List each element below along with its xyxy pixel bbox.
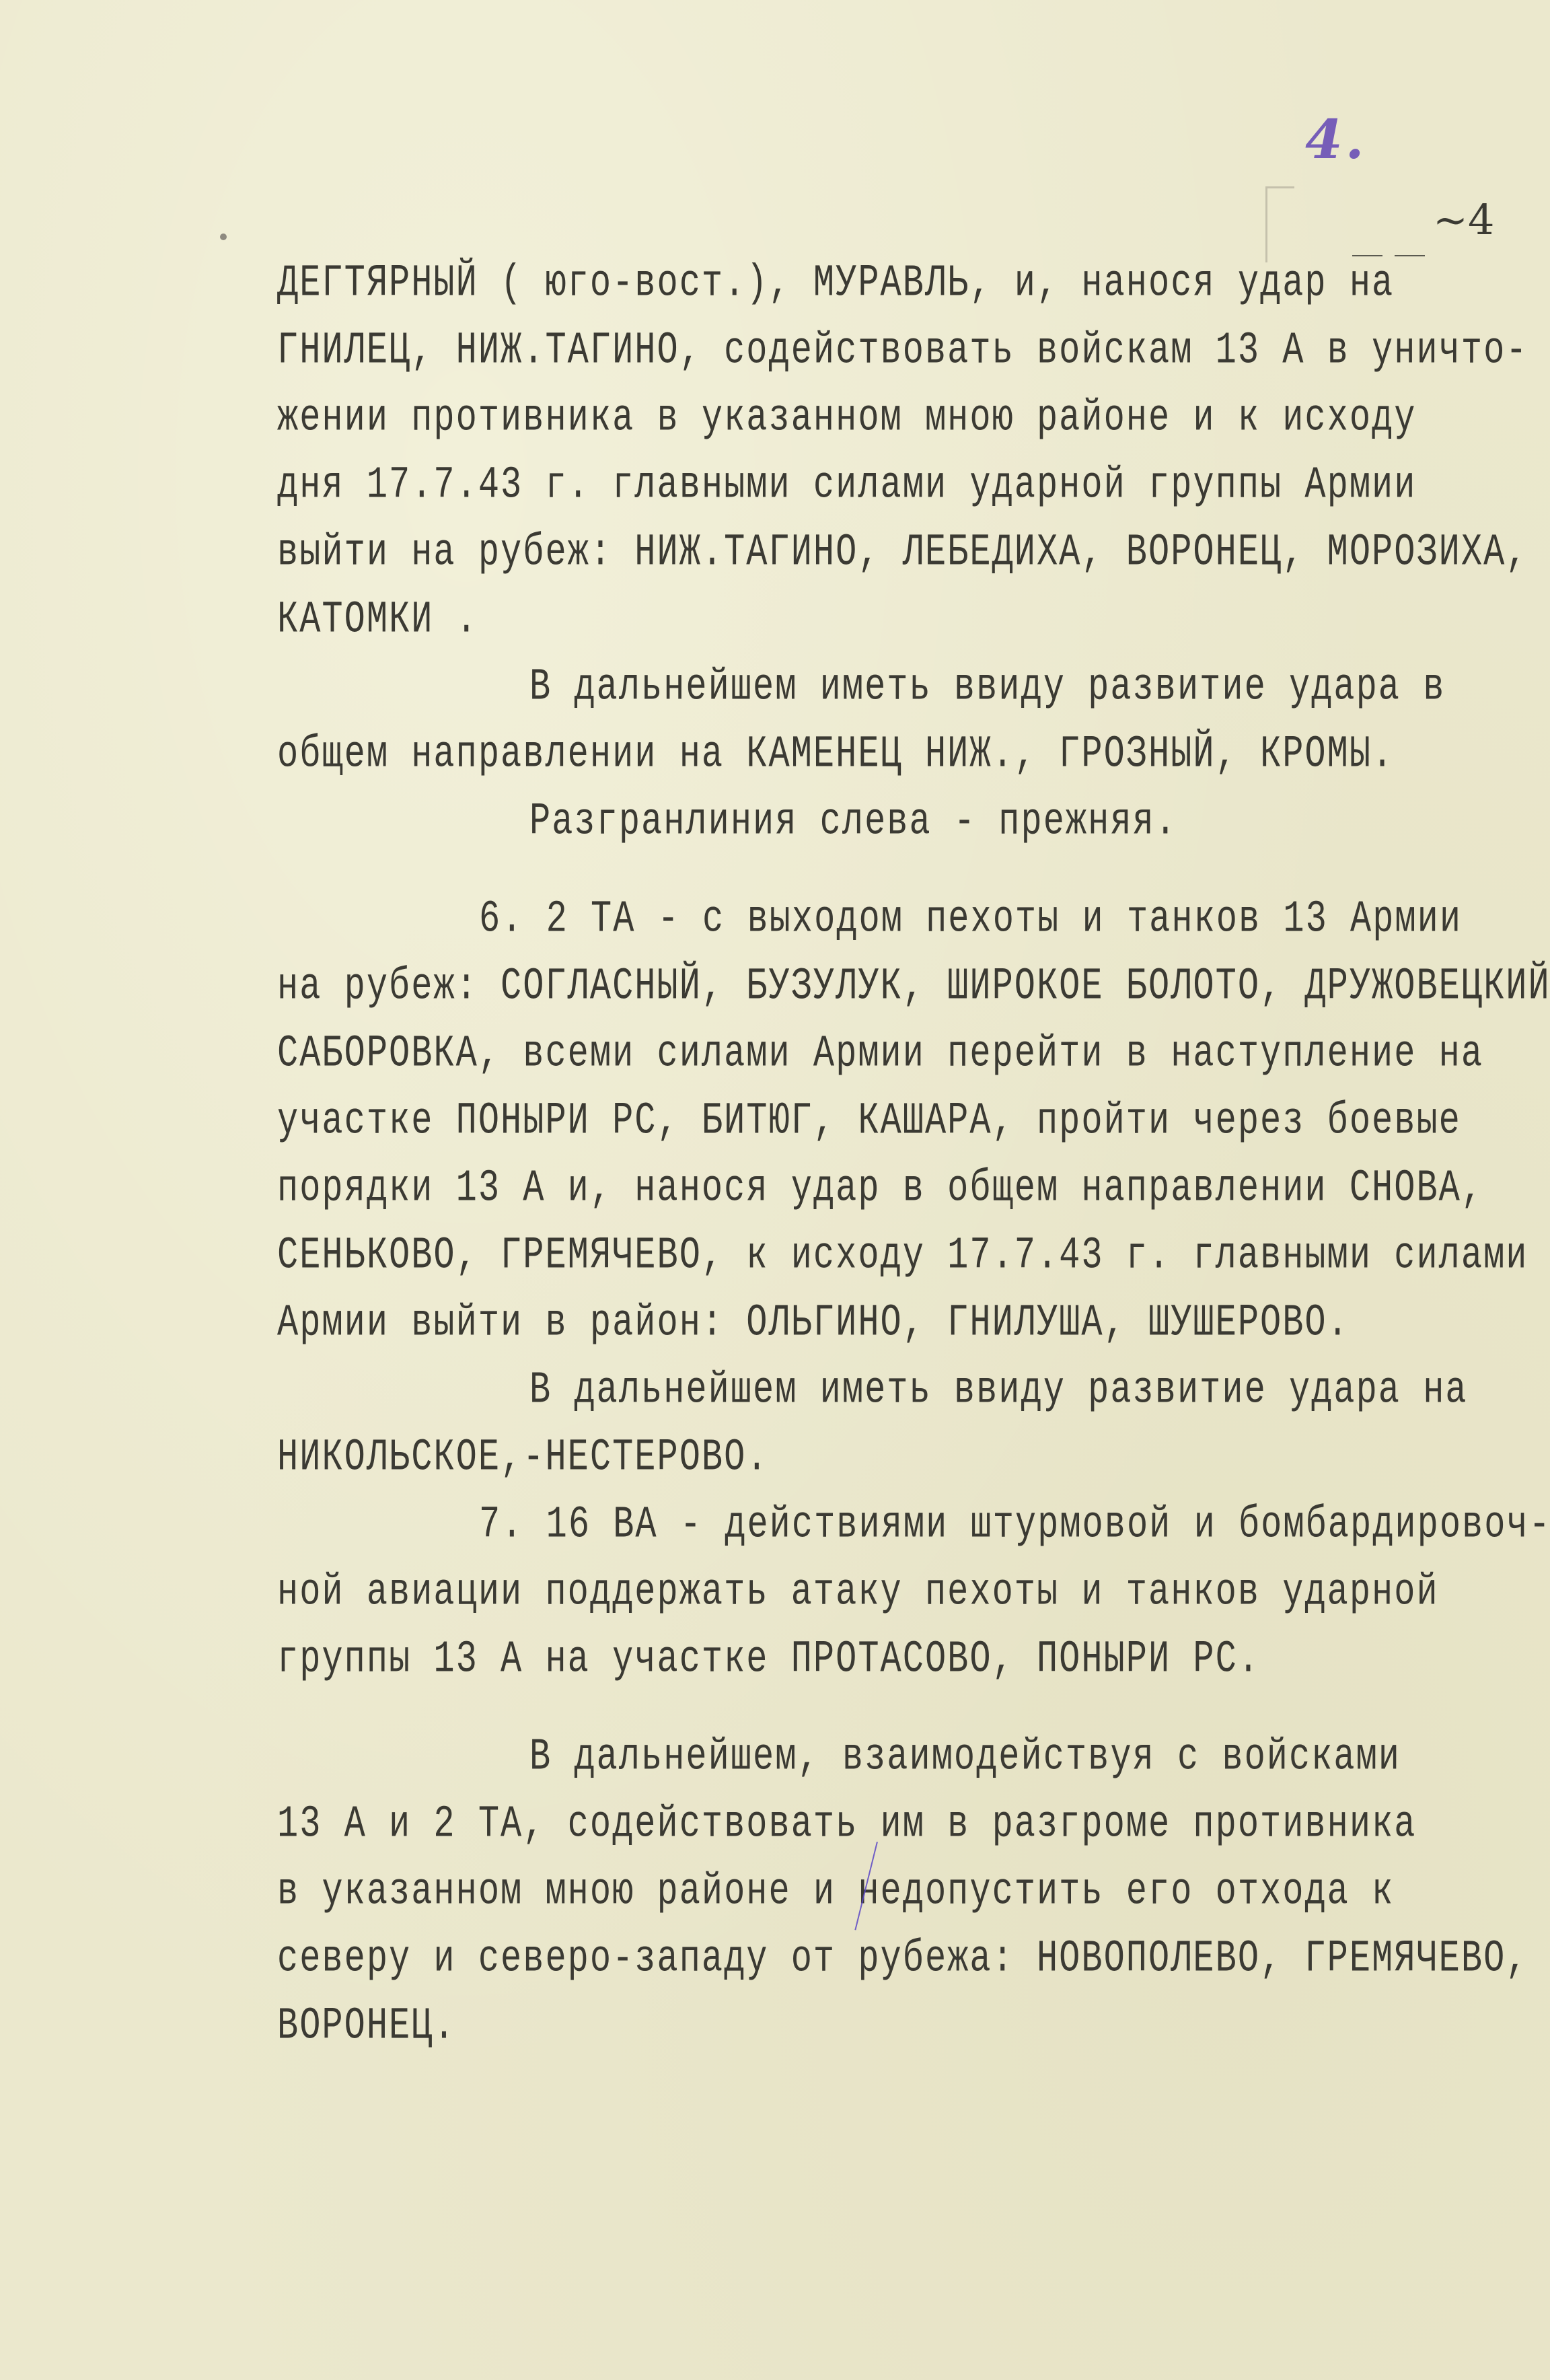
text-line: группы 13 А на участке ПРОТАСОВО, ПОНЫРИ… (277, 1617, 1549, 1703)
stamp-page-number: 4. (1305, 108, 1367, 171)
typed-text-body: ДЕГТЯРНЫЙ ( юго-вост.), МУРАВЛЬ, и, нано… (277, 250, 1549, 2060)
margin-dot-mark (220, 233, 227, 240)
folio-number: ~4 (1433, 195, 1494, 244)
paragraph-start-line: Разгранлиния слева - прежняя. (277, 779, 1549, 865)
document-page: 4. ~4 ДЕГТЯРНЫЙ ( юго-вост.), МУРАВЛЬ, и… (0, 0, 1550, 2380)
text-line: ВОРОНЕЦ. (277, 1984, 1549, 2070)
